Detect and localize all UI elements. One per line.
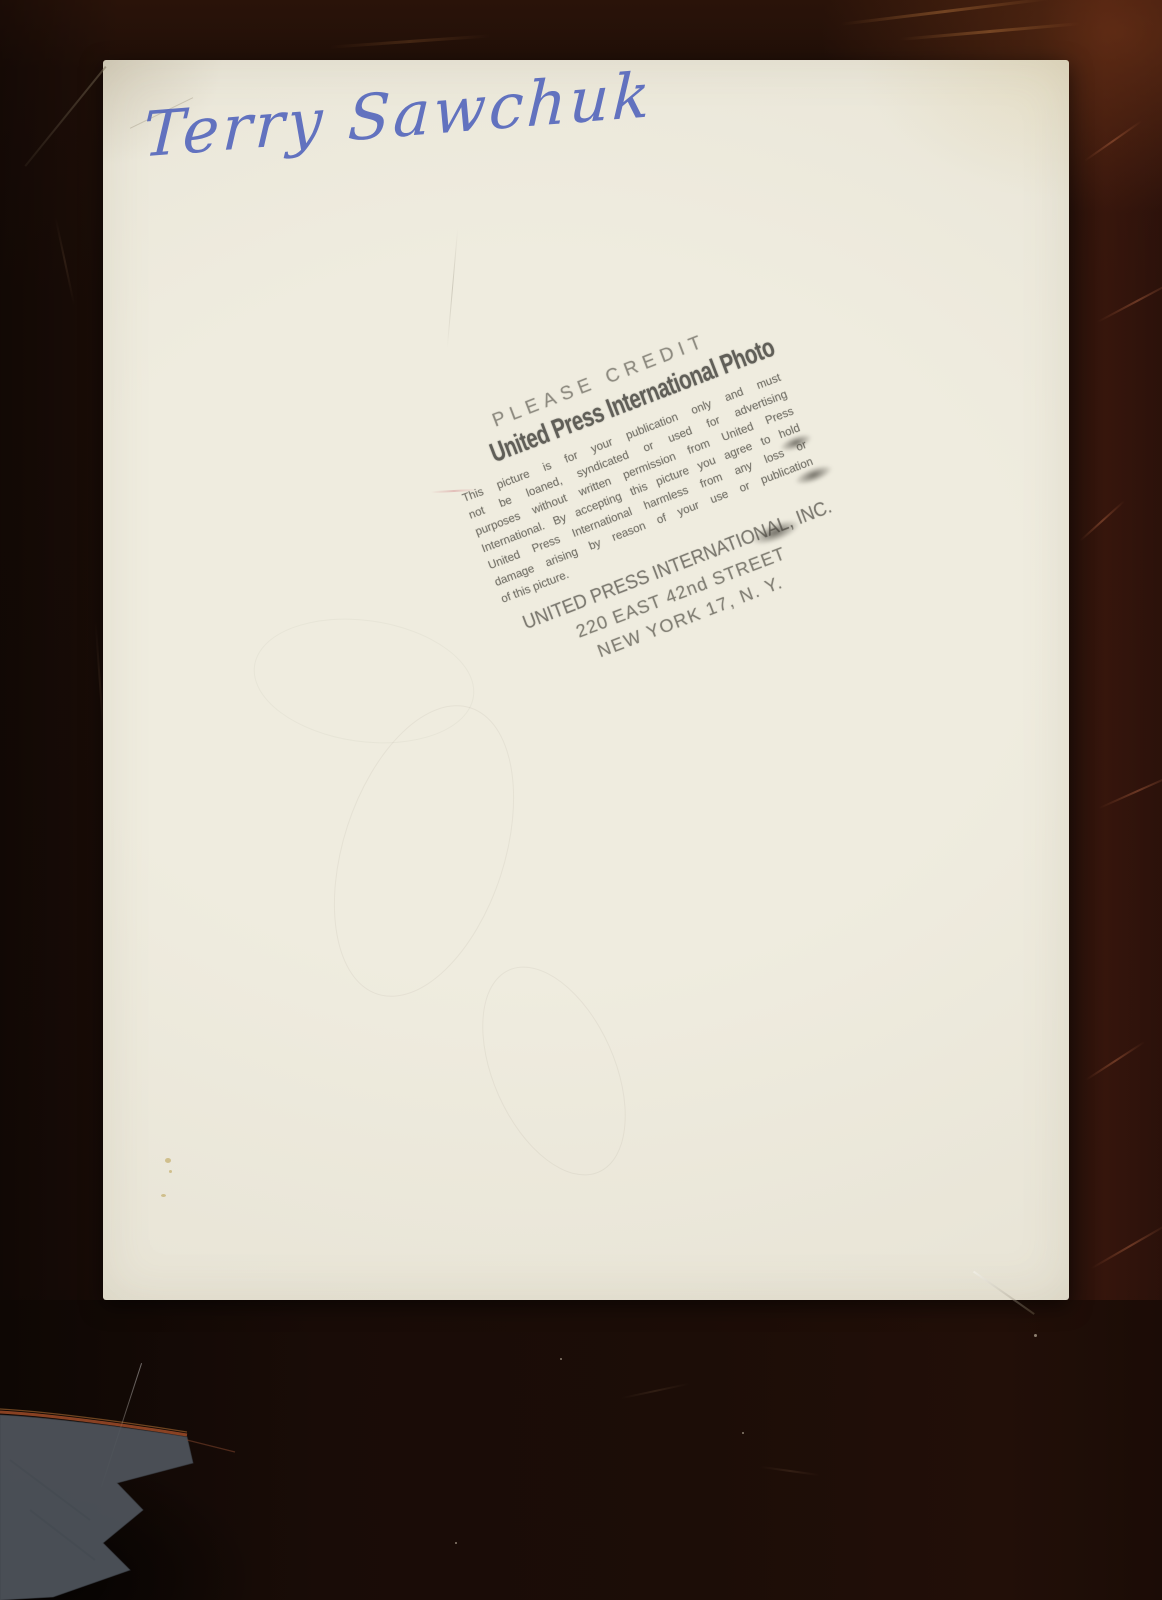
background-scratch (900, 22, 1080, 40)
paper-stain (165, 1158, 171, 1163)
photo-paper-back: Terry Sawchuk PLEASE CREDIT United Press… (103, 60, 1069, 1300)
signature-autograph: Terry Sawchuk (142, 60, 624, 171)
corner-fold-crease (24, 66, 106, 166)
paper-stain (169, 1170, 172, 1173)
scanner-artifact-shape (0, 1415, 193, 1600)
background-scratch (1097, 279, 1162, 323)
background-scratch (330, 34, 490, 48)
background-scratch (1098, 773, 1162, 809)
background-scratch (1091, 1223, 1162, 1269)
background-scratch (55, 217, 75, 305)
paper-stain (161, 1194, 166, 1197)
dust-speck (742, 1432, 744, 1434)
paper-crease (447, 228, 458, 348)
background-scratch (841, 0, 1050, 25)
scanner-artifact-fringe (187, 1440, 235, 1452)
photo-back-scan: Terry Sawchuk PLEASE CREDIT United Press… (0, 0, 1162, 1600)
background-scratch (1085, 1041, 1145, 1080)
dust-speck (560, 1358, 562, 1360)
upi-credit-stamp: PLEASE CREDIT United Press International… (437, 310, 853, 688)
dust-speck (455, 1542, 457, 1544)
paper-scuff (453, 945, 655, 1197)
scanner-artifact (0, 1400, 240, 1600)
dust-speck (1034, 1334, 1037, 1337)
background-scratch (1079, 500, 1125, 541)
background-scratch (1084, 120, 1142, 161)
